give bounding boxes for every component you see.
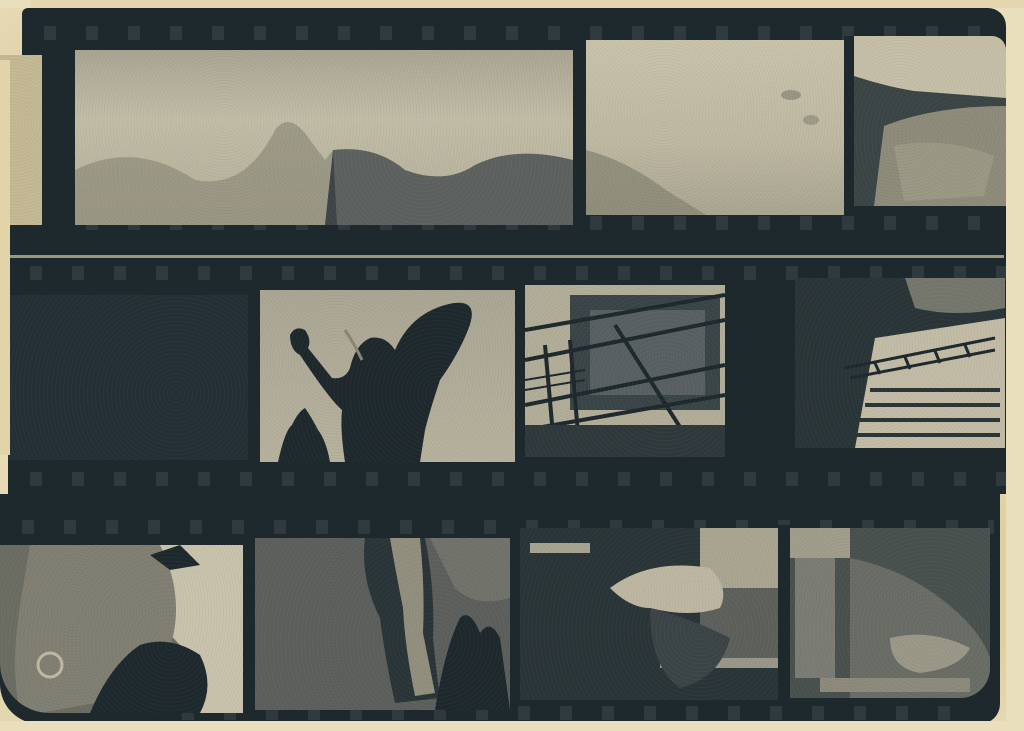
photo-frame-middle-0 bbox=[8, 295, 248, 460]
sprocket-holes-middle-bottom bbox=[8, 472, 1006, 486]
paper-edge-right bbox=[1006, 0, 1024, 731]
photo-frame-top-1 bbox=[75, 50, 573, 225]
stone-monument-image bbox=[0, 545, 243, 713]
pedestal-statue-image bbox=[790, 528, 990, 698]
frame-separator bbox=[42, 50, 75, 230]
hillside-image bbox=[586, 40, 844, 215]
fire-escape-image bbox=[525, 285, 725, 457]
cliff-image bbox=[854, 36, 1006, 206]
angel-statue-image bbox=[260, 290, 515, 462]
frame-separator bbox=[515, 285, 525, 465]
landscape-image bbox=[75, 50, 573, 225]
photo-frame-bottom-0 bbox=[0, 545, 243, 713]
photo-frame-middle-3 bbox=[795, 278, 1005, 448]
strip-divider bbox=[0, 255, 1004, 258]
photo-frame-middle-1 bbox=[260, 290, 515, 462]
photo-frame-bottom-3 bbox=[790, 528, 990, 698]
frame-separator bbox=[243, 538, 255, 718]
contact-print bbox=[0, 0, 1024, 731]
paper-edge-left bbox=[0, 60, 10, 455]
tall-building-image bbox=[795, 278, 1005, 448]
grain-texture bbox=[8, 295, 248, 460]
photo-frame-middle-2 bbox=[525, 285, 725, 457]
photo-frame-bottom-1 bbox=[255, 538, 510, 710]
draped-statue-image bbox=[255, 538, 510, 710]
paper-edge-top bbox=[0, 0, 1024, 8]
photo-frame-top-2 bbox=[586, 40, 844, 215]
paper-edge-bottom bbox=[0, 721, 1024, 731]
reclining-statue-image bbox=[520, 528, 778, 700]
photo-frame-bottom-2 bbox=[520, 528, 778, 700]
photo-frame-top-3 bbox=[854, 36, 1006, 206]
frame-separator bbox=[844, 36, 854, 216]
frame-separator bbox=[778, 525, 790, 705]
frame-separator bbox=[573, 40, 586, 225]
